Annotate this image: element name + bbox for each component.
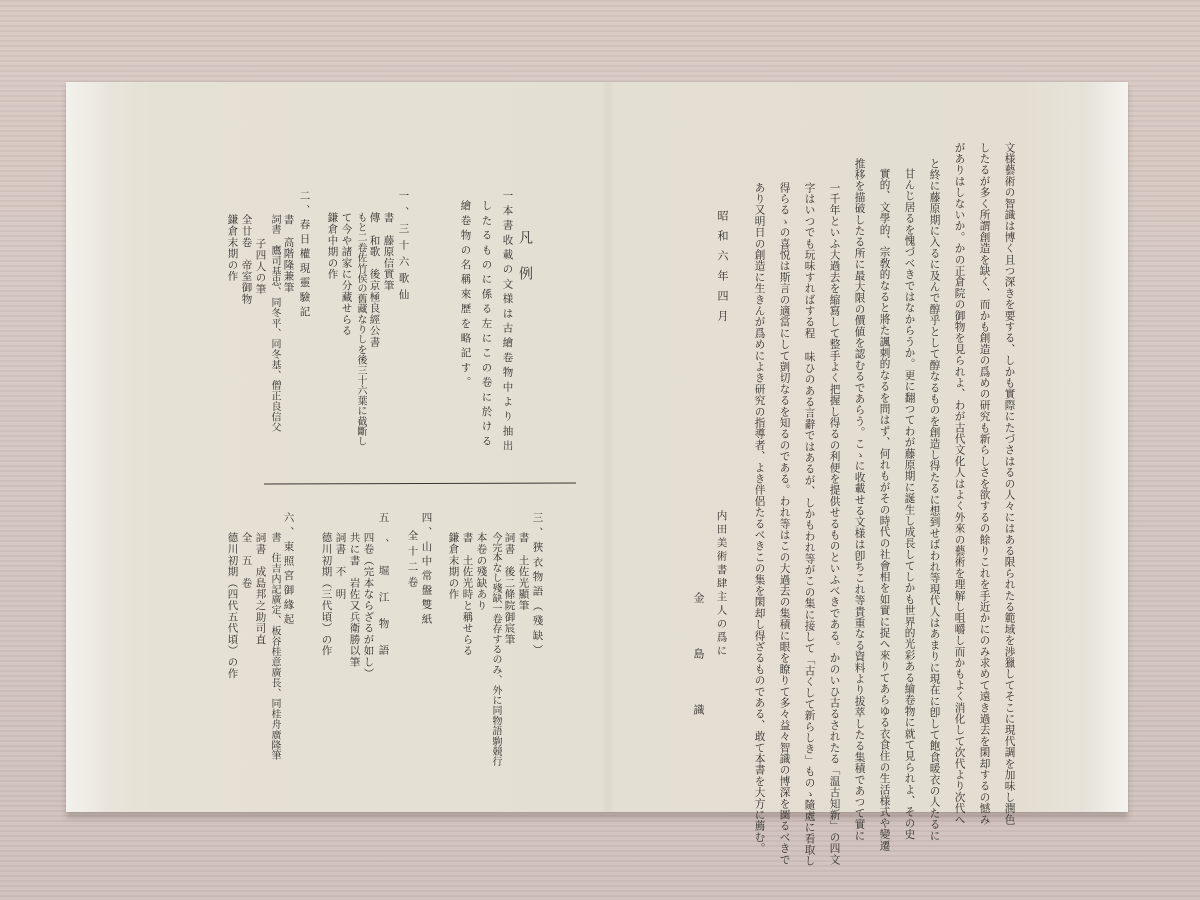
entry-line: 全 五 卷 [241,532,252,589]
entry-line: もと二卷佐竹侯の舊藏なりしを後三十六葉に截斷し [355,212,365,447]
preface-line: と終に藤原期に入るに及んで醇乎として醇なるものを創造し得たるに想到せばわれ等現代… [929,158,940,841]
book-gutter [601,82,615,812]
entry-heading: 三、狹衣物語（殘缺） [532,512,543,659]
section-title: 凡例 [518,230,532,302]
entry-line: 書 高階隆兼筆 [283,214,294,293]
entry-line: 書 藤原信實筆 [383,212,394,291]
entry-line: 今完本なし殘缺一卷存するのみ、外に同物語駒競行 [490,532,500,767]
preface-line: 得らるゝの喜悦は斯言の適當にして剴切なるを知るのである。われ等はこの大過去の集積… [779,182,790,865]
entry-line: 鎌倉中期の作 [327,212,338,280]
section-divider [264,482,576,484]
entry-line: 全十二卷 [407,530,418,592]
preface-line: 甘んじ居るを愧づべきではなからうか。更に翻つてわが藤原期に誕生し成長してしかも世… [904,168,915,840]
entry-line: 四卷（完本ならざるが如し） [363,532,374,679]
preface-author: 金島識 [693,592,704,760]
intro-line: 繪卷物の名稱來歷を略記す。 [460,200,471,391]
entry-line: 詞書 不 明 [335,532,346,600]
entry-heading: 四、山中常盤雙紙 [421,512,432,628]
preface-dedication: 内田美術書肆主人の爲に [716,510,727,659]
intro-line: したるものに係る左にこの卷に於ける [481,200,492,450]
entry-heading: 六、東照宮御緣起 [283,512,294,628]
book-right-edge [1080,82,1128,812]
entry-line: 書 住吉内記廣定、板谷桂意廣長、同桂舟廣隆筆 [269,532,279,761]
preface-date: 昭和六年四月 [717,210,728,330]
entry-line: 共に書 岩佐又兵衛勝以筆 [349,532,360,668]
book-left-edge [66,82,104,812]
entry-line: て今や諸家に分藏せらる [341,212,352,336]
entry-line: 詞書 後二條院御宸筆 [504,532,515,645]
entry-heading: 五、堀江物語 [378,512,389,671]
entry-line: 傳 和歌 後京極良經公書 [369,212,380,348]
preface-line: がありはしないか。かの正倉院の御物を見られよ、わが古代文化人はよく外來の藝術を理… [954,142,965,825]
entry-line: 全廿卷 帝室御物 [241,214,252,304]
preface-line: 一千年といふ大過去を縮寫して整手よく把握し得るの利便を提供せるものといふべきであ… [829,182,840,865]
preface-line: したるが多く所謂創造を缺く、而かも創造の爲めの研究も新らしさを欲するの餘りこれを… [979,142,990,825]
entry-line: 鎌倉末期の作 [448,532,459,600]
entry-heading: 二、春日權現靈驗記 [299,190,310,321]
preface-line: 推移を描破したる所に最大限の價値を認むるであらう。こゝに收載せる文様は卽ちこれ等… [854,158,865,841]
entry-line: 詞書 鷹司基忠、同冬平、同冬基、僧正良信父 [269,214,279,432]
entry-line: 鎌倉末期の作 [227,214,238,282]
entry-line: 書 土佐光顯筆 [518,532,529,611]
entry-line: 書 土佐光時と稱せらる [462,532,473,656]
preface-line: 字はいつでも玩味すればする程 味ひのある言辭ではあるが、しかもわれ等がこの集に接… [804,182,815,867]
entry-line: 德川初期（四代五代頃）の作 [227,532,238,679]
intro-line: 一本書收載の文様は古繪卷物中より抽出 [502,190,513,455]
entry-line: 子四人の筆 [255,238,266,295]
preface-line: あり又明日の創造に生きんが爲めによき研究の指導者、よき伴侶たるべきこの集を閑却し… [754,182,765,854]
entry-heading: 一、三十六歌仙 [398,190,409,306]
open-book: 文様藝術の智識は博く且つ深きを要する、しかも實際にたづさはるの人々にはある限られ… [66,82,1128,812]
preface-line: 文様藝術の智識は博く且つ深きを要する、しかも實際にたづさはるの人々にはある限られ… [1004,142,1015,825]
entry-line: 詞書 成島邦之助司直 [255,532,266,645]
entry-line: 本卷の殘缺あり [476,532,487,611]
entry-line: 德川初期（三代頃）の作 [321,532,332,656]
preface-line: 實的、文學的、宗敎的なると將た諷刺的なるを問はず、何れもがその時代の社會相を如實… [879,168,890,851]
